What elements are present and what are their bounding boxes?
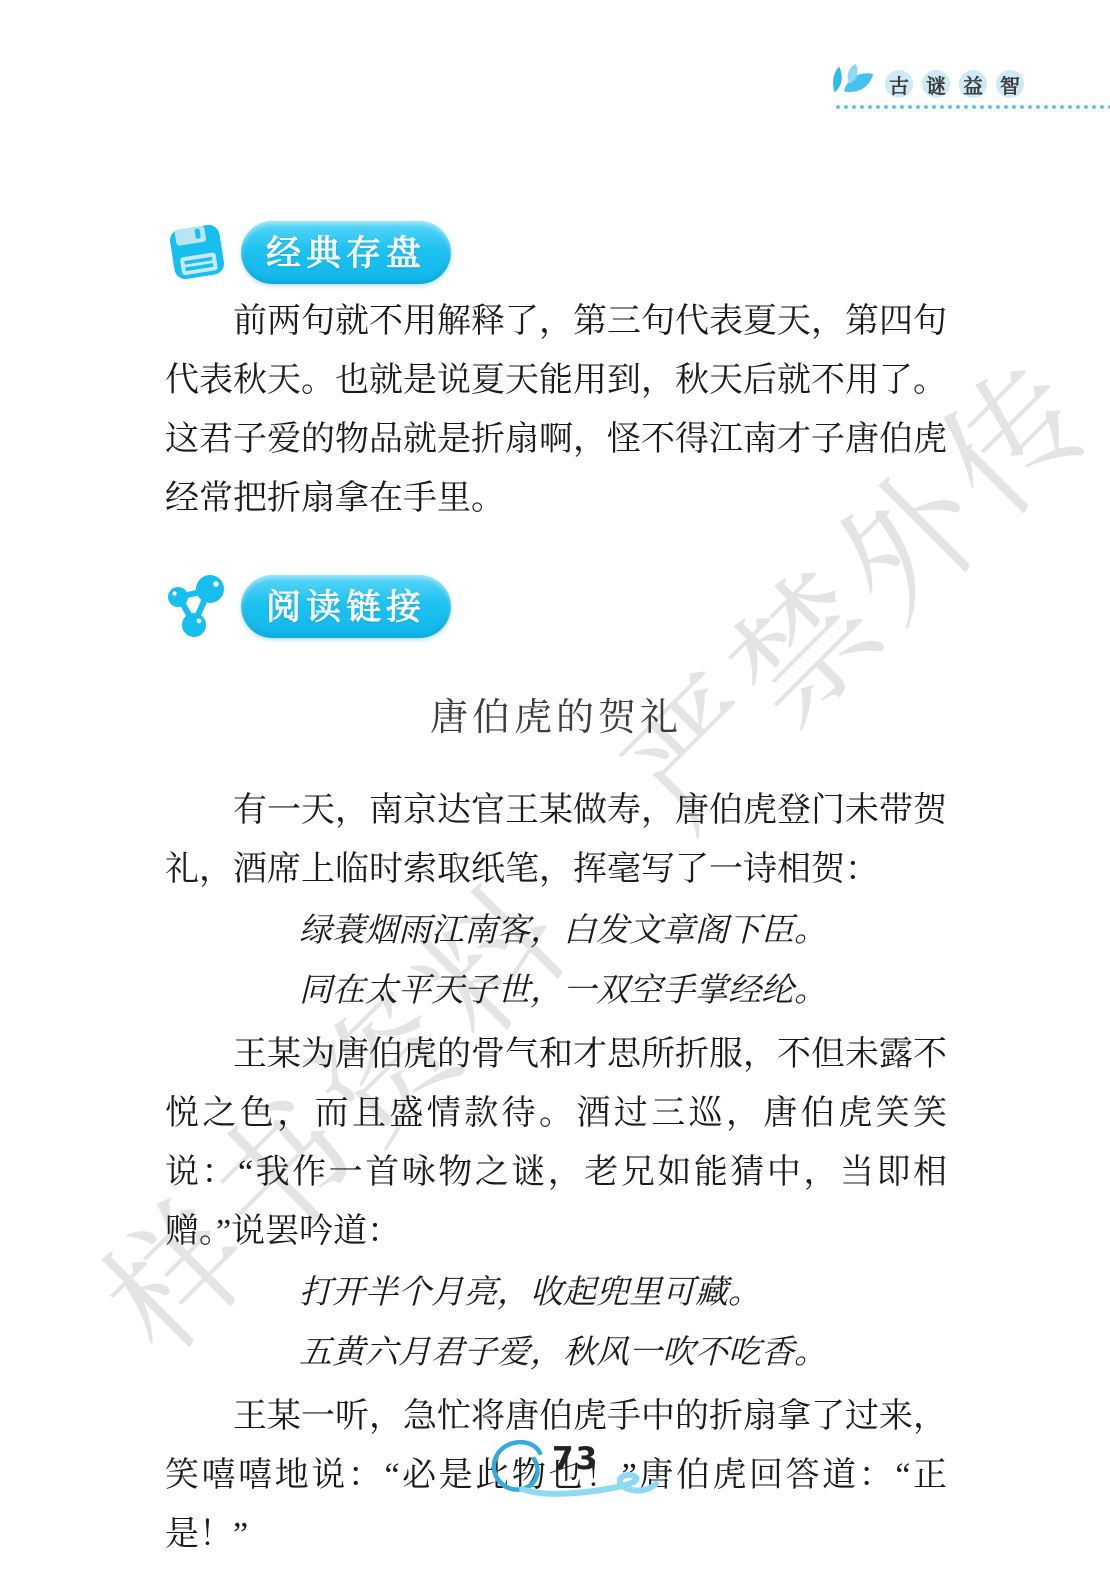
header-char: 古: [885, 70, 913, 98]
header-char: 谜: [922, 70, 950, 98]
section-header-classic-save: 经典存盘: [165, 218, 947, 286]
story-title: 唐伯虎的贺礼: [165, 686, 947, 741]
section-header-reading-link: 阅读链接: [165, 572, 947, 640]
poem-line: 五黄六月君子爱，秋风一吹不吃香。: [299, 1323, 947, 1383]
poem-block: 绿蓑烟雨江南客，白发文章阁下臣。 同在太平天子世，一双空手掌经纶。: [299, 901, 947, 1021]
paragraph: 前两句就不用解释了，第三句代表夏天，第四句代表秋天。也就是说夏天能用到，秋天后就…: [165, 292, 947, 528]
page-content: 经典存盘 前两句就不用解释了，第三句代表夏天，第四句代表秋天。也就是说夏天能用到…: [165, 0, 947, 1564]
leaf-icon: [830, 62, 876, 106]
header-char: 智: [996, 70, 1024, 98]
poem-line: 同在太平天子世，一双空手掌经纶。: [299, 961, 947, 1021]
header-char: 益: [959, 70, 987, 98]
poem-block: 打开半个月亮，收起兜里可藏。 五黄六月君子爱，秋风一吹不吃香。: [299, 1263, 947, 1383]
poem-line: 打开半个月亮，收起兜里可藏。: [299, 1263, 947, 1323]
poem-line: 绿蓑烟雨江南客，白发文章阁下臣。: [299, 901, 947, 961]
paragraph: 有一天，南京达官王某做寿，唐伯虎登门未带贺礼，酒席上临时索取纸笔，挥毫写了一诗相…: [165, 781, 947, 899]
section-badge: 经典存盘: [241, 221, 451, 284]
header-logo-row: 古 谜 益 智: [830, 62, 1024, 106]
paragraph: 王某为唐伯虎的骨气和才思所折服，不但未露不悦之色，而且盛情款待。酒过三巡，唐伯虎…: [165, 1025, 947, 1261]
molecule-icon: [165, 573, 229, 639]
floppy-disk-icon: [165, 219, 229, 285]
section-badge: 阅读链接: [241, 575, 451, 638]
page-header: 古 谜 益 智: [830, 62, 1110, 108]
page-footer: 73: [478, 1433, 688, 1505]
page-number: 73: [552, 1441, 599, 1477]
